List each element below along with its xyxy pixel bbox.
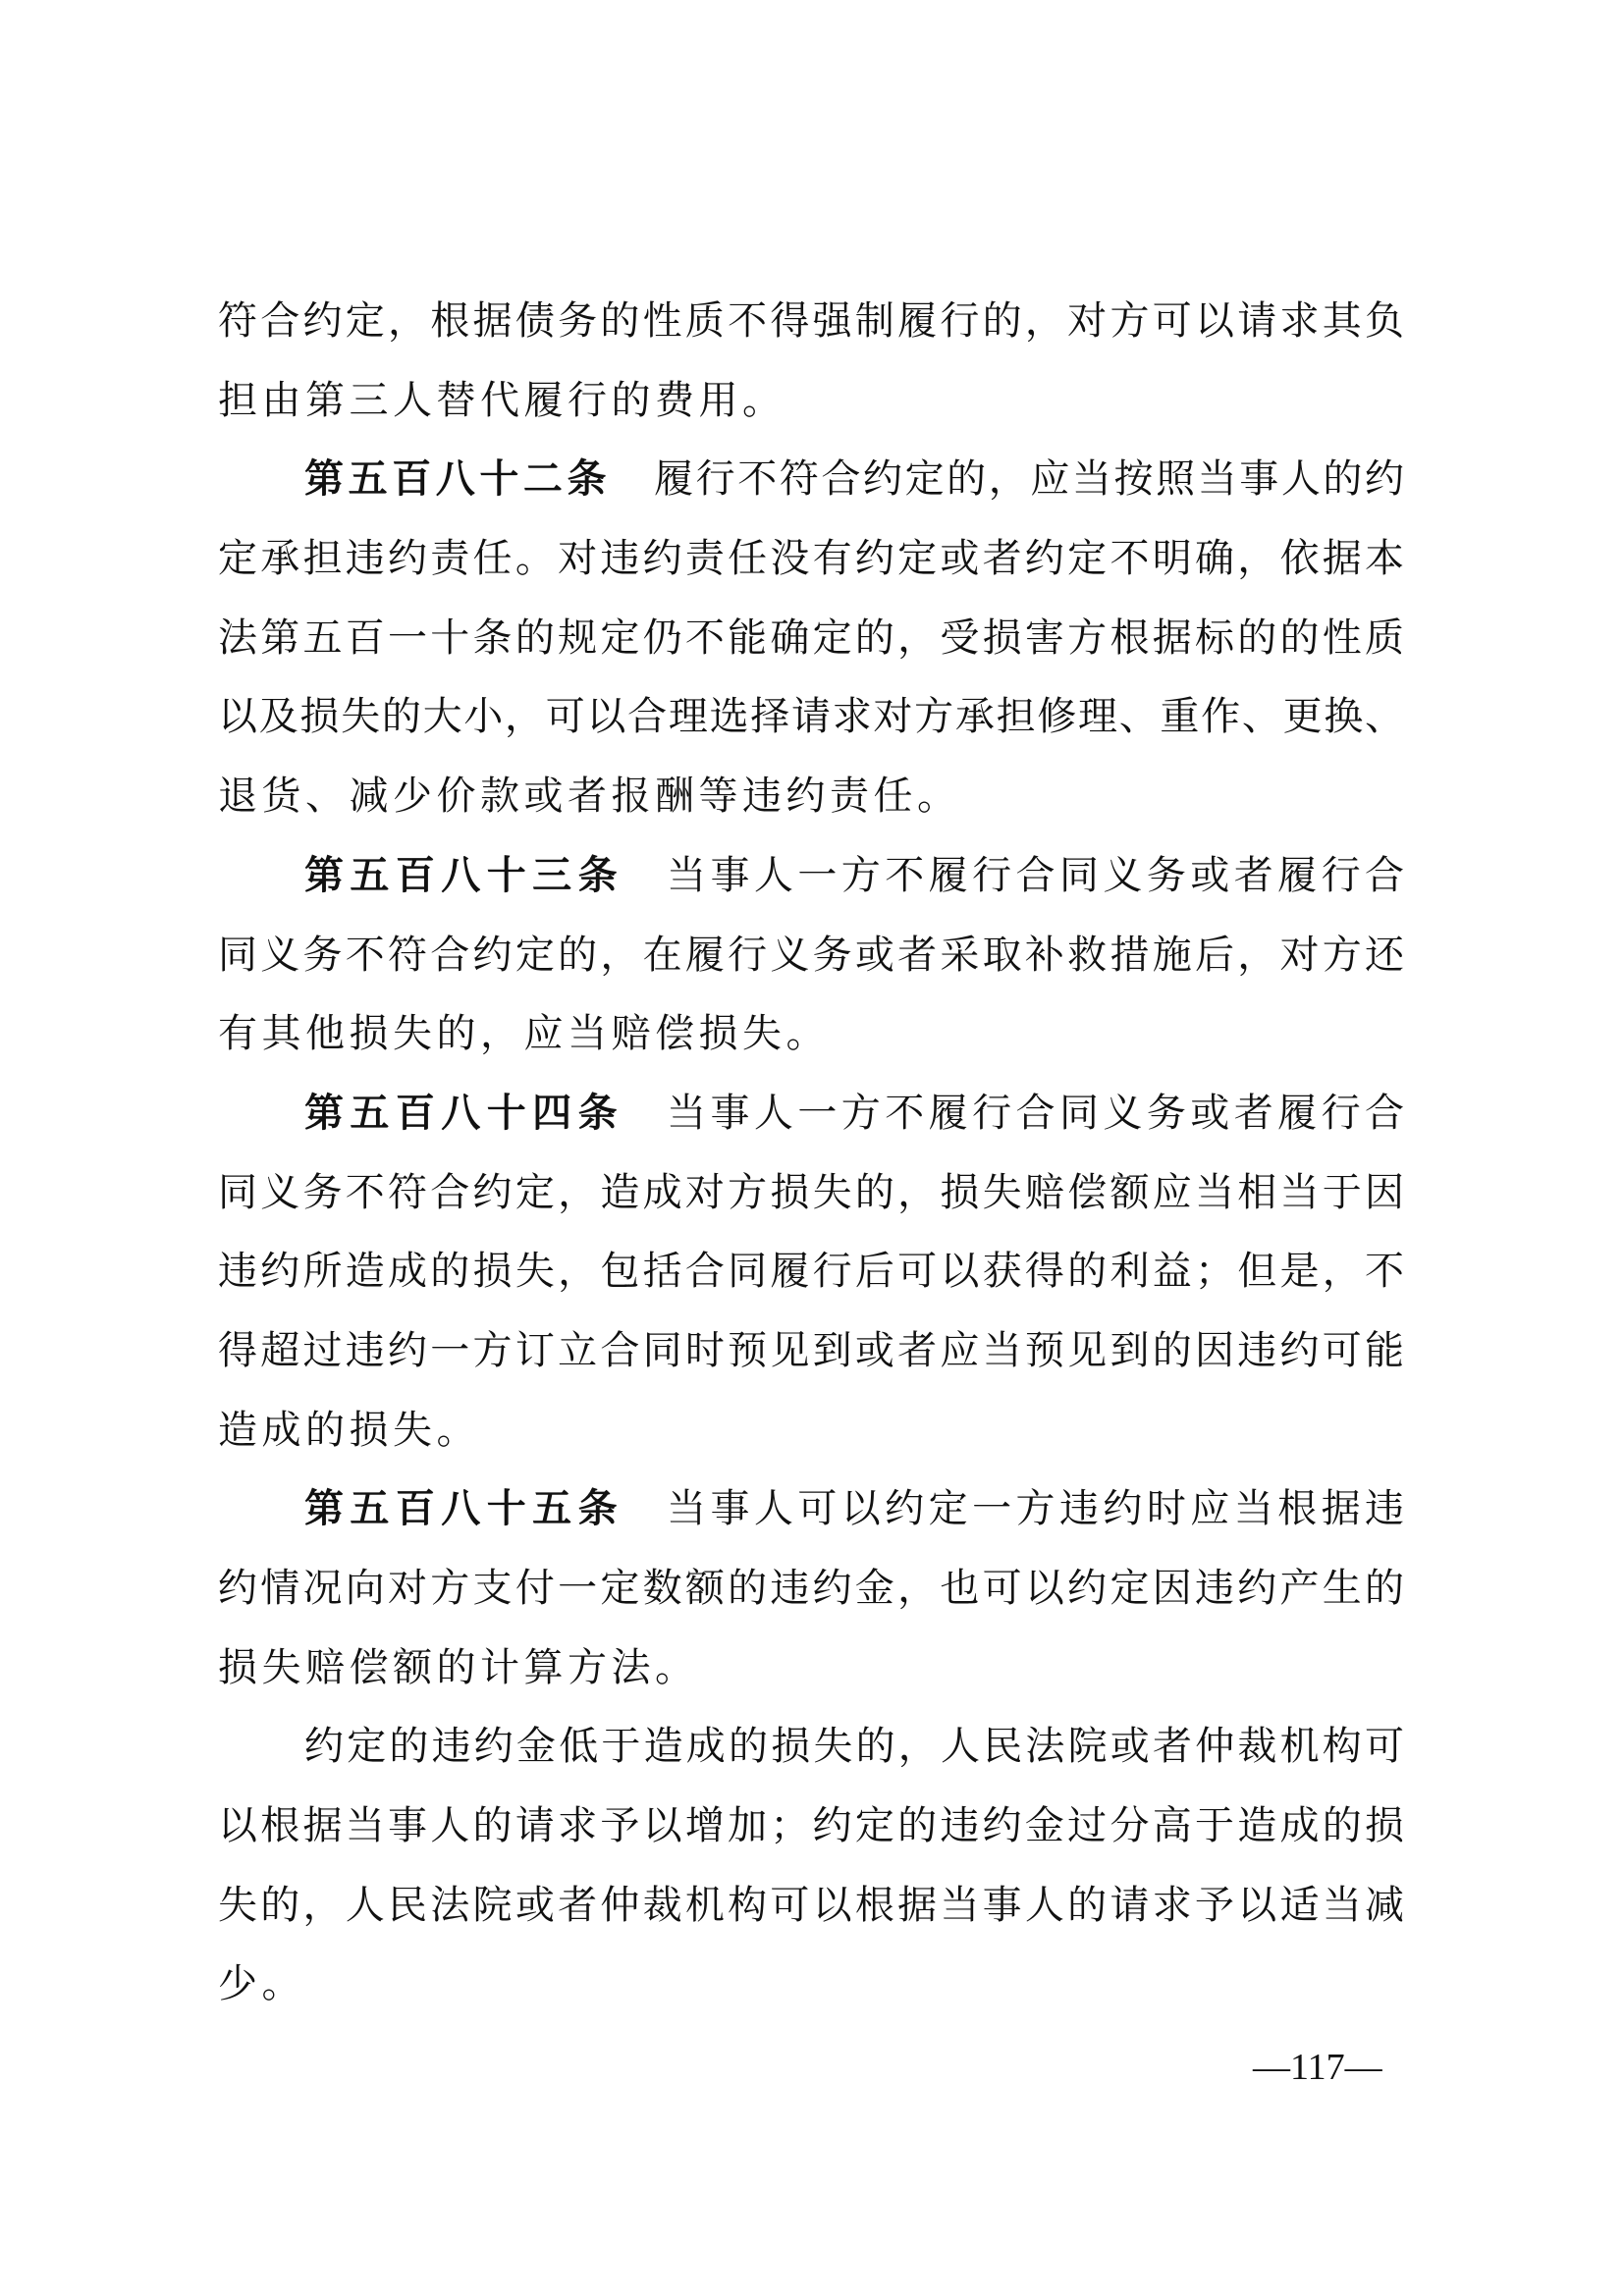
article-title: 第五百八十五条: [304, 1486, 623, 1531]
text-line: 造成的损失。: [218, 1391, 1404, 1470]
page-number: —117—: [1253, 2046, 1382, 2089]
article-585-first-line: 第五百八十五条当事人可以约定一方违约时应当根据违: [218, 1469, 1404, 1549]
article-text: 当事人一方不履行合同义务或者履行合: [667, 1091, 1404, 1136]
text-line: 符合约定，根据债务的性质不得强制履行的，对方可以请求其负: [218, 282, 1404, 361]
text-line: 损失赔偿额的计算方法。: [218, 1629, 1404, 1708]
article-584-first-line: 第五百八十四条当事人一方不履行合同义务或者履行合: [218, 1074, 1404, 1153]
text-line: 有其他损失的，应当赔偿损失。: [218, 994, 1404, 1074]
text-line: 约定的违约金低于造成的损失的，人民法院或者仲裁机构可: [218, 1707, 1404, 1787]
text-line: 违约所造成的损失，包括合同履行后可以获得的利益；但是，不: [218, 1232, 1404, 1311]
text-line: 定承担违约责任。对违约责任没有约定或者约定不明确，依据本: [218, 519, 1404, 599]
article-582-first-line: 第五百八十二条履行不符合约定的，应当按照当事人的约: [218, 440, 1404, 519]
article-title: 第五百八十二条: [304, 456, 611, 502]
text-line: 担由第三人替代履行的费用。: [218, 361, 1404, 441]
text-line: 同义务不符合约定，造成对方损失的，损失赔偿额应当相当于因: [218, 1153, 1404, 1233]
text-line: 以根据当事人的请求予以增加；约定的违约金过分高于造成的损: [218, 1787, 1404, 1866]
page-body: 符合约定，根据债务的性质不得强制履行的，对方可以请求其负 担由第三人替代履行的费…: [218, 282, 1404, 2024]
text-line: 以及损失的大小，可以合理选择请求对方承担修理、重作、更换、: [218, 677, 1404, 757]
article-text: 当事人可以约定一方违约时应当根据违: [667, 1486, 1404, 1531]
text-line: 退货、减少价款或者报酬等违约责任。: [218, 757, 1404, 836]
article-text: 履行不符合约定的，应当按照当事人的约: [654, 456, 1404, 502]
document-page: 符合约定，根据债务的性质不得强制履行的，对方可以请求其负 担由第三人替代履行的费…: [0, 0, 1624, 2296]
text-line: 法第五百一十条的规定仍不能确定的，受损害方根据标的的性质: [218, 599, 1404, 678]
text-line: 少。: [218, 1945, 1404, 2024]
article-title: 第五百八十三条: [304, 853, 623, 898]
article-text: 当事人一方不履行合同义务或者履行合: [667, 853, 1404, 898]
text-line: 同义务不符合约定的，在履行义务或者采取补救措施后，对方还: [218, 916, 1404, 995]
text-line: 约情况向对方支付一定数额的违约金，也可以约定因违约产生的: [218, 1549, 1404, 1629]
text-line: 失的，人民法院或者仲裁机构可以根据当事人的请求予以适当减: [218, 1866, 1404, 1946]
article-title: 第五百八十四条: [304, 1091, 623, 1136]
text-line: 得超过违约一方订立合同时预见到或者应当预见到的因违约可能: [218, 1311, 1404, 1391]
article-583-first-line: 第五百八十三条当事人一方不履行合同义务或者履行合: [218, 836, 1404, 916]
